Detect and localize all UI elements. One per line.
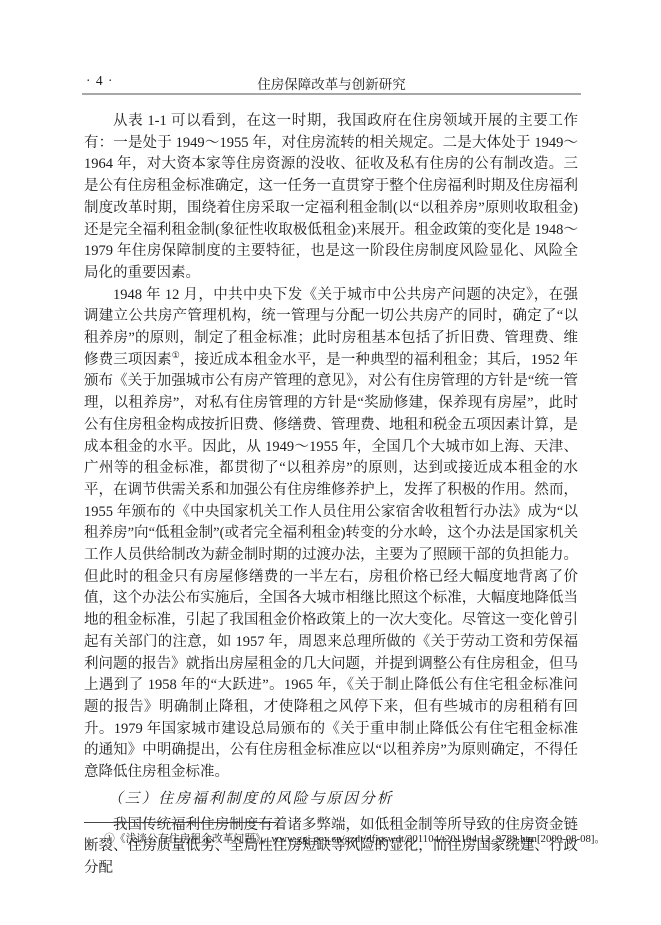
footnote-marker: ① (104, 833, 115, 845)
header-divider (82, 93, 581, 95)
book-page: · 4 · 住房保障改革与创新研究 从表 1-1 可以看到，在这一时期，我国政府… (0, 0, 661, 925)
footnote-ref-mark: ① (172, 350, 180, 360)
book-title: 住房保障改革与创新研究 (84, 73, 579, 93)
footnote-text: 《浅谈公有住房租金改革问题》，www.ggj.gov.cn/gzdt/dfjgs… (115, 833, 606, 845)
body-blocks: 从表 1-1 可以看到，在这一时期，我国政府在住房领域开展的主要工作有：一是处于… (84, 111, 578, 880)
body-paragraph: 1948 年 12 月，中共中央下发《关于城市中公共房产问题的决定》，在强调建立… (84, 285, 578, 784)
running-header: · 4 · 住房保障改革与创新研究 (84, 73, 579, 91)
footnote-divider (84, 822, 276, 823)
body-paragraph: 从表 1-1 可以看到，在这一时期，我国政府在住房领域开展的主要工作有：一是处于… (84, 111, 578, 285)
section-heading: （三）住房福利制度的风险与原因分析 (84, 789, 578, 811)
footnote-area: ①《浅谈公有住房租金改革问题》，www.ggj.gov.cn/gzdt/dfjg… (84, 822, 578, 846)
footnote: ①《浅谈公有住房租金改革问题》，www.ggj.gov.cn/gzdt/dfjg… (84, 832, 578, 846)
